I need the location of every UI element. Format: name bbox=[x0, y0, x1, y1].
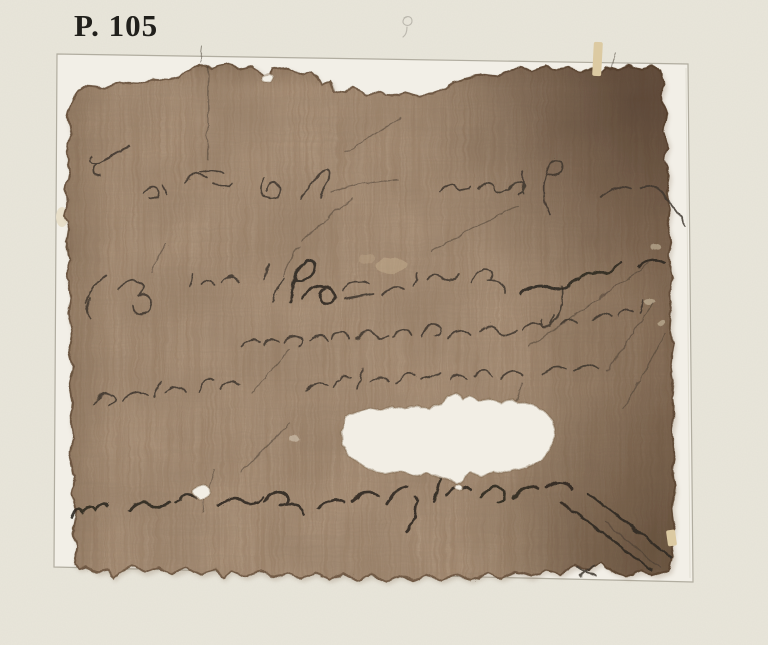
plate-photo bbox=[0, 0, 768, 645]
tape-fragment-top bbox=[592, 42, 603, 76]
papyrus-hole-top bbox=[260, 73, 272, 81]
catalog-label: P. 105 bbox=[74, 8, 158, 44]
plate-page: P. 105 bbox=[0, 0, 768, 645]
papyrus-hole-small bbox=[193, 484, 209, 498]
papyrus-fragment bbox=[55, 45, 685, 590]
